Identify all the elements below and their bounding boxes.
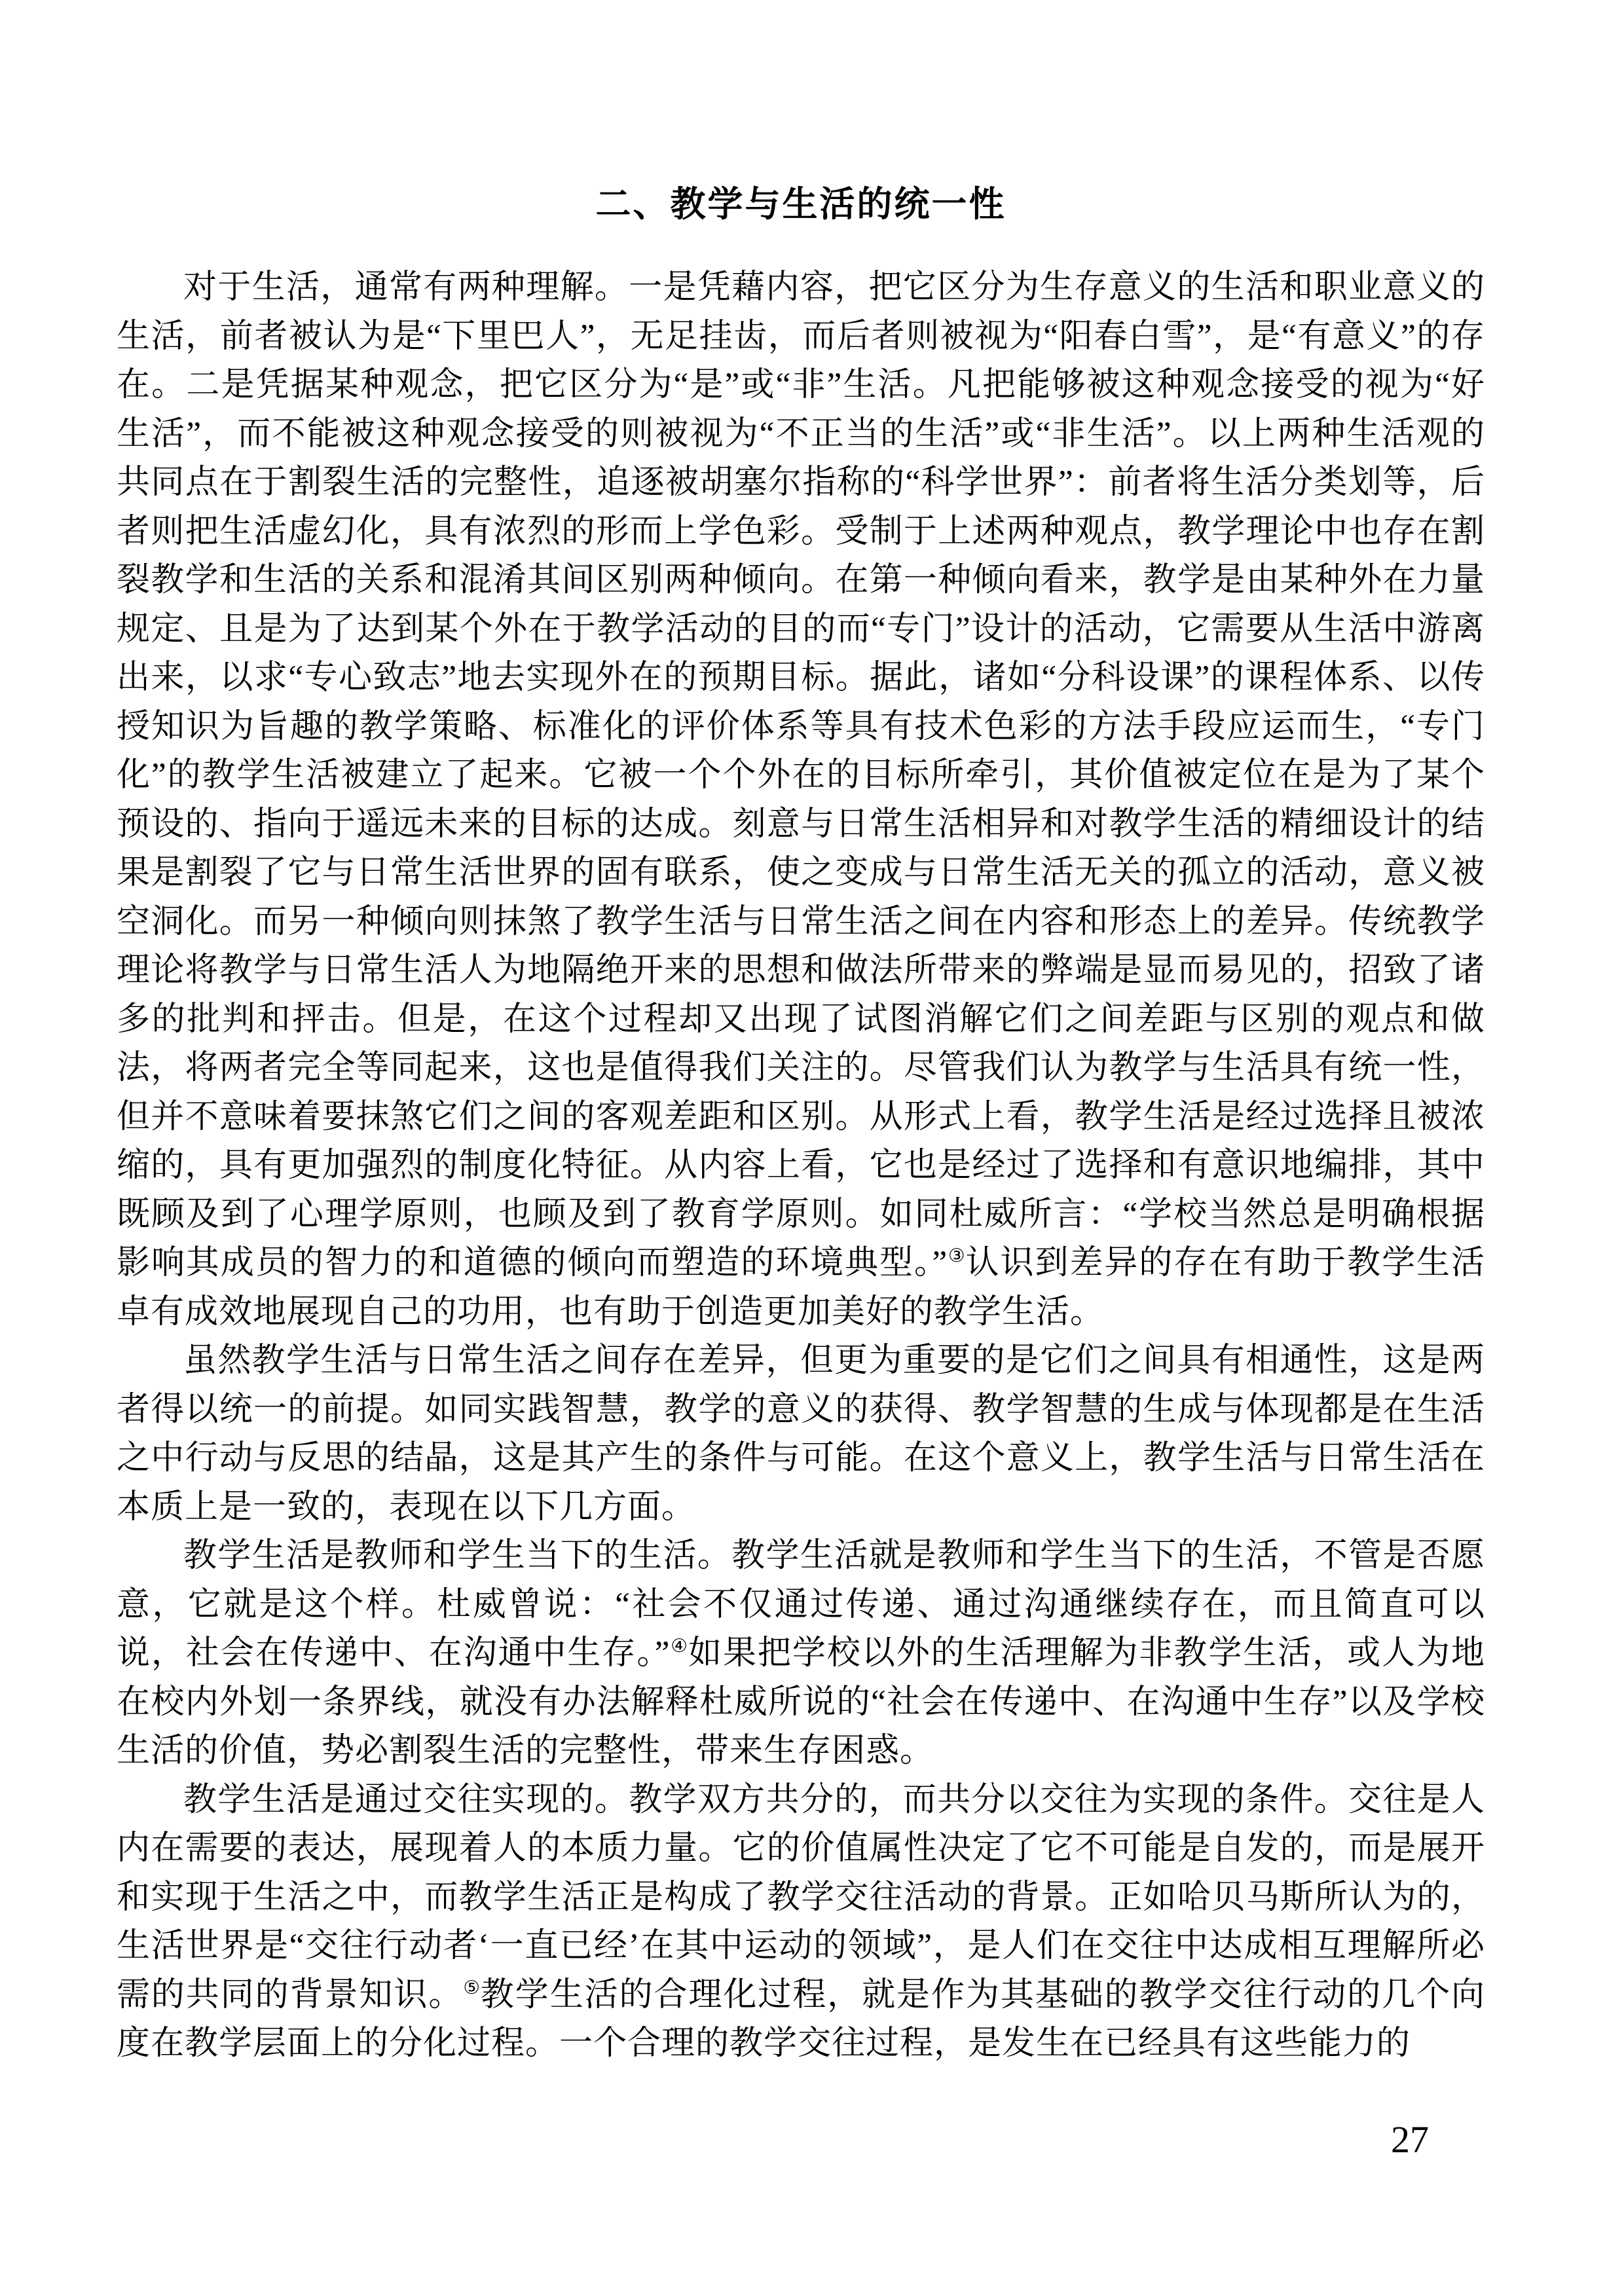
- paragraph-text: 虽然教学生活与日常生活之间存在差异，但更为重要的是它们之间具有相通性，这是两者得…: [117, 1342, 1485, 1526]
- paragraph-text: 对于生活，通常有两种理解。一是凭藉内容，把它区分为生存意义的生活和职业意义的生活…: [117, 269, 1485, 1281]
- paragraph: 教学生活是通过交往实现的。教学双方共分的，而共分以交往为实现的条件。交往是人内在…: [117, 1776, 1485, 2068]
- page-number: 27: [1391, 2120, 1429, 2159]
- body-text: 对于生活，通常有两种理解。一是凭藉内容，把它区分为生存意义的生活和职业意义的生活…: [117, 263, 1485, 2068]
- paragraph: 虽然教学生活与日常生活之间存在差异，但更为重要的是它们之间具有相通性，这是两者得…: [117, 1336, 1485, 1532]
- footnote-marker: ③: [948, 1246, 966, 1266]
- footnote-marker: ⑤: [463, 1978, 481, 1998]
- paragraph: 对于生活，通常有两种理解。一是凭藉内容，把它区分为生存意义的生活和职业意义的生活…: [117, 263, 1485, 1336]
- document-page: 二、教学与生活的统一性 对于生活，通常有两种理解。一是凭藉内容，把它区分为生存意…: [0, 0, 1624, 2295]
- page-title: 二、教学与生活的统一性: [117, 185, 1485, 224]
- footnote-marker: ④: [670, 1636, 688, 1657]
- paragraph: 教学生活是教师和学生当下的生活。教学生活就是教师和学生当下的生活，不管是否愿意，…: [117, 1532, 1485, 1776]
